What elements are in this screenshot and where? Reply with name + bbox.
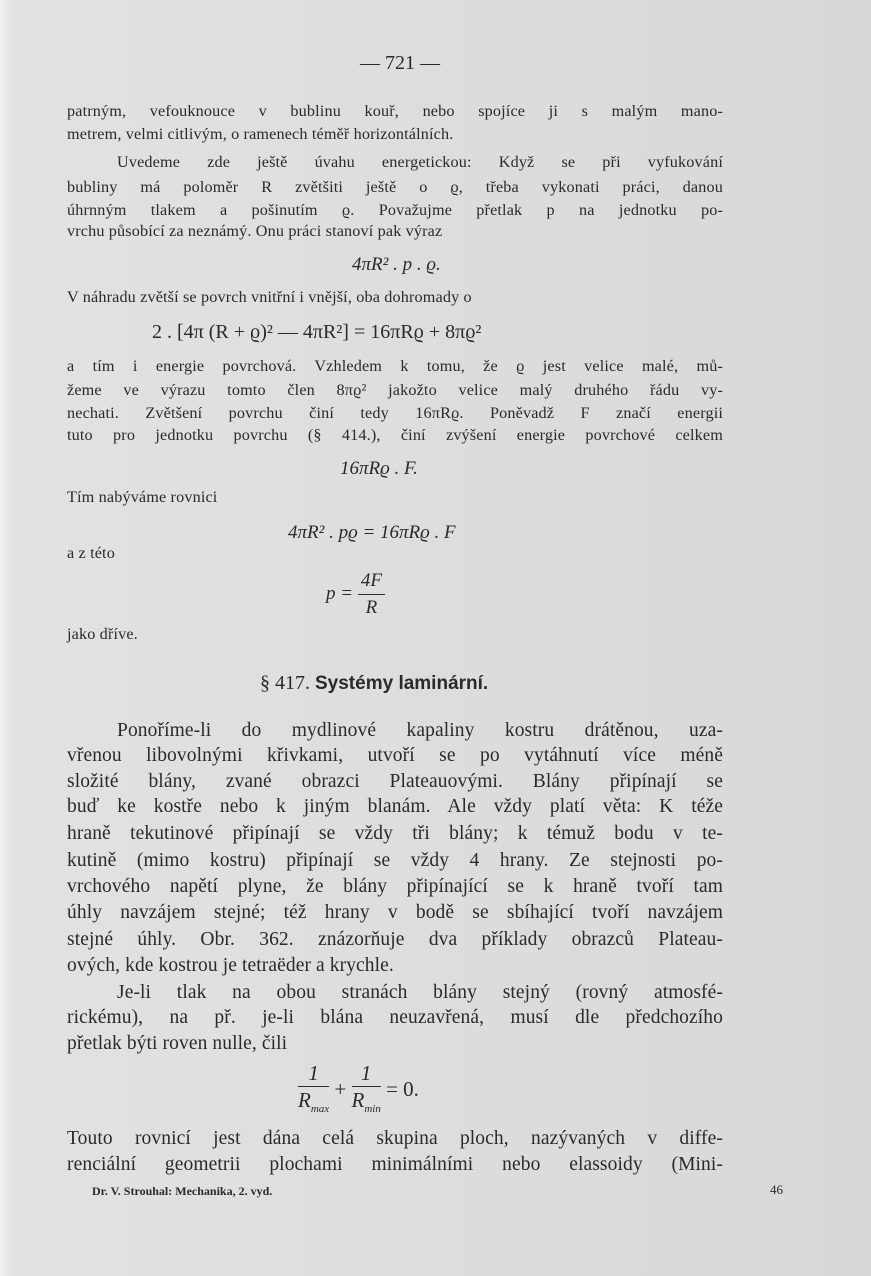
text-line: kutině (mimo kostru) připínají se vždy 4… <box>67 849 723 873</box>
text-line: buď ke kostře nebo k jiným blanám. Ale v… <box>67 795 723 819</box>
equation-5: p = 4F R <box>326 568 385 621</box>
text-line: nechati. Zvětšení povrchu činí tedy 16πR… <box>67 403 723 423</box>
text-line: renciální geometrii plochami minimálními… <box>67 1153 723 1177</box>
text-line: přetlak býti roven nulle, čili <box>67 1032 723 1056</box>
text-line: stejné úhly. Obr. 362. znázorňuje dva př… <box>67 928 723 952</box>
eq6-numerator-2: 1 <box>352 1060 381 1087</box>
equation-1: 4πR² . p . ϱ. <box>352 254 441 276</box>
equation-3: 16πRϱ . F. <box>340 458 418 480</box>
eq5-lhs: p = <box>326 583 353 604</box>
eq6-denominator-1: Rmax <box>298 1087 329 1122</box>
text-line: vrchového napětí plyne, že blány připína… <box>67 875 723 899</box>
text-line: jako dříve. <box>67 624 723 644</box>
text-line: Uvedeme zde ještě úvahu energetickou: Kd… <box>67 152 723 172</box>
text-line: metrem, velmi citlivým, o ramenech téměř… <box>67 124 723 144</box>
equation-6: 1 Rmax + 1 Rmin = 0. <box>298 1060 419 1122</box>
text-line: a z této <box>67 543 723 563</box>
section-number: § 417. <box>260 672 310 694</box>
text-line: patrným, vefouknouce v bublinu kouř, neb… <box>67 101 723 121</box>
section-title: Systémy laminární. <box>315 673 488 694</box>
eq6-fraction-2: 1 Rmin <box>352 1060 381 1122</box>
eq6-fraction-1: 1 Rmax <box>298 1060 329 1122</box>
text-line: V náhradu zvětší se povrch vnitřní i vně… <box>67 287 723 307</box>
section-heading: § 417. Systémy laminární. <box>260 672 488 695</box>
eq6-denominator-2: Rmin <box>352 1087 381 1122</box>
text-line: vřenou libovolnými křivkami, utvoří se p… <box>67 744 723 768</box>
text-line: ových, kde kostrou je tetraëder a krychl… <box>67 954 723 978</box>
eq6-den-subscript: max <box>311 1103 329 1115</box>
text-line: rickému), na př. je-li blána neuzavřená,… <box>67 1006 723 1030</box>
sheet-number: 46 <box>770 1182 783 1198</box>
eq6-den-subscript: min <box>364 1103 381 1115</box>
text-line: Tím nabýváme rovnici <box>67 487 723 507</box>
page-number: — 721 — <box>340 52 460 75</box>
eq6-rhs: = 0. <box>386 1077 419 1101</box>
eq5-fraction: 4F R <box>358 568 385 621</box>
text-line: Ponoříme-li do mydlinové kapaliny kostru… <box>67 719 723 743</box>
eq5-denominator: R <box>358 595 385 621</box>
text-line: vrchu působící za neznámý. Onu práci sta… <box>67 221 723 241</box>
eq6-den-symbol: R <box>352 1088 365 1112</box>
footer-signature: Dr. V. Strouhal: Mechanika, 2. vyd. <box>92 1184 272 1199</box>
book-page: — 721 — patrným, vefouknouce v bublinu k… <box>0 0 871 1276</box>
eq6-plus: + <box>334 1077 346 1101</box>
equation-2: 2 . [4π (R + ϱ)² — 4πR²] = 16πRϱ + 8πϱ² <box>152 321 481 344</box>
text-line: hraně tekutinové připínají se vždy tři b… <box>67 822 723 846</box>
text-line: úhrnným tlakem a pošinutím ϱ. Považujme … <box>67 200 723 220</box>
equation-4: 4πR² . pϱ = 16πRϱ . F <box>288 522 456 544</box>
text-line: úhly navzájem stejné; též hrany v bodě s… <box>67 901 723 925</box>
text-line: a tím i energie povrchová. Vzhledem k to… <box>67 356 723 376</box>
text-line: tuto pro jednotku povrchu (§ 414.), činí… <box>67 425 723 445</box>
eq5-numerator: 4F <box>358 568 385 595</box>
text-line: žeme ve výrazu tomto člen 8πϱ² jakožto v… <box>67 380 723 400</box>
text-line: Touto rovnicí jest dána celá skupina plo… <box>67 1127 723 1151</box>
eq6-den-symbol: R <box>298 1088 311 1112</box>
text-line: bubliny má poloměr R zvětšiti ještě o ϱ,… <box>67 177 723 197</box>
eq6-numerator-1: 1 <box>298 1060 329 1087</box>
text-line: Je-li tlak na obou stranách blány stejný… <box>67 981 723 1005</box>
text-line: složité blány, zvané obrazci Plateauovým… <box>67 770 723 794</box>
